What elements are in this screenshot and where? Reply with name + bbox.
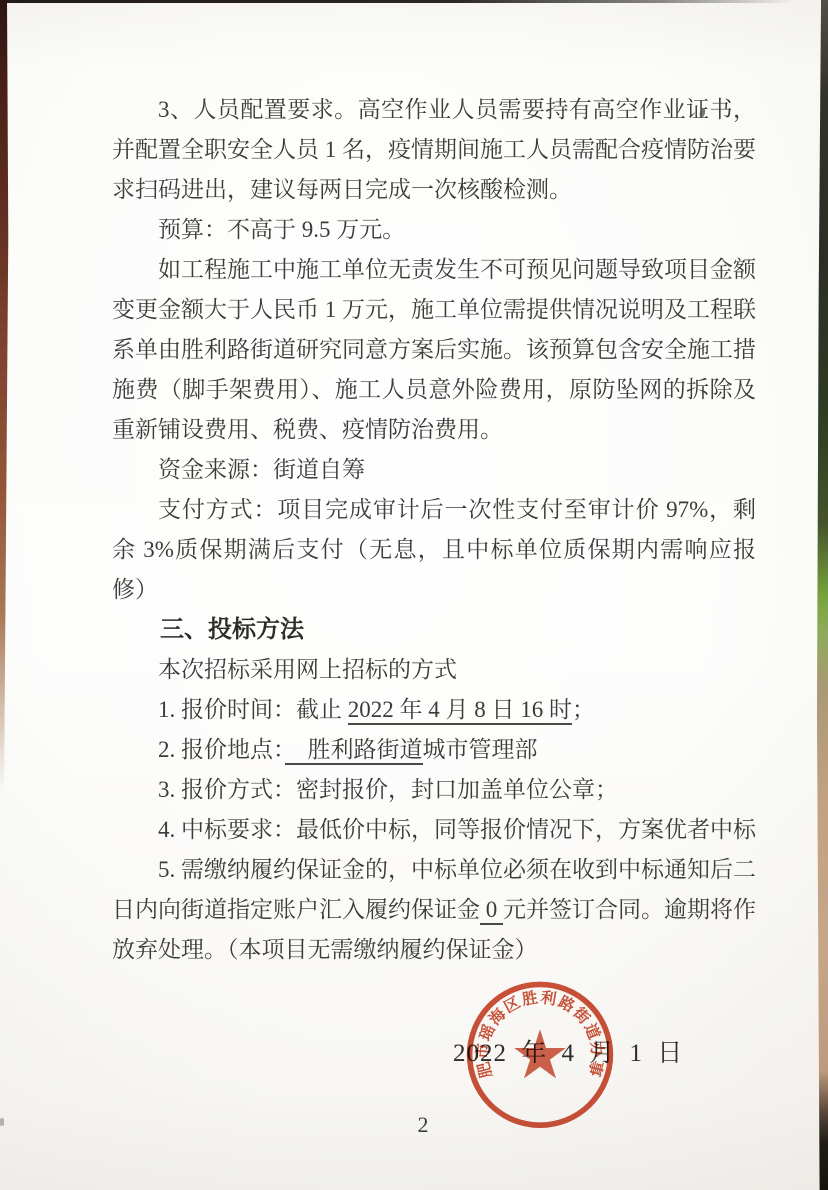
paragraph-unforeseen-issues: 如工程施工中施工单位无责发生不可预见问题导致项目金额变更金额大于人民币 1 万元… xyxy=(112,250,756,450)
paragraph-payment-method: 支付方式：项目完成审计后一次性支付至审计价 97%，剩余 3%质保期满后支付（无… xyxy=(112,490,756,610)
page-number: 2 xyxy=(405,1112,441,1138)
list-item-quote-format: 3. 报价方式：密封报价，封口加盖单位公章； xyxy=(112,770,756,810)
list-item-quote-time: 1. 报价时间：截止 2022 年 4 月 8 日 16 时； xyxy=(112,690,756,730)
scanned-document-photo: 3、人员配置要求。高空作业人员需要持有高空作业证书，并配置全职安全人员 1 名，… xyxy=(0,0,828,1190)
photo-edge-right xyxy=(816,0,828,1190)
photo-edge-left xyxy=(0,0,9,790)
list-item-quote-place: 2. 报价地点： 胜利路街道城市管理部 xyxy=(112,730,756,770)
quote-place-suffix: 城市管理部 xyxy=(423,737,538,762)
performance-bond-underlined-value: 0 xyxy=(480,897,503,925)
quote-place-prefix: 2. 报价地点： xyxy=(158,737,285,762)
paragraph-funding-source: 资金来源：街道自筹 xyxy=(112,450,756,490)
document-body: 3、人员配置要求。高空作业人员需要持有高空作业证书，并配置全职安全人员 1 名，… xyxy=(112,90,756,970)
paragraph-bidding-intro: 本次招标采用网上招标的方式 xyxy=(112,650,756,690)
photo-edge-top xyxy=(0,0,828,3)
quote-place-underlined-value: 胜利路街道 xyxy=(285,737,423,765)
quote-time-suffix: ； xyxy=(572,697,595,722)
paragraph-budget: 预算：不高于 9.5 万元。 xyxy=(112,210,756,250)
paragraph-personnel-requirements: 3、人员配置要求。高空作业人员需要持有高空作业证书，并配置全职安全人员 1 名，… xyxy=(112,90,756,210)
paper-speck-bottom-left xyxy=(0,1118,4,1126)
official-seal-stamp: 合肥市瑶海区胜利路街道办事处 xyxy=(460,974,620,1134)
list-item-performance-bond: 5. 需缴纳履约保证金的，中标单位必须在收到中标通知后二日内向街道指定账户汇入履… xyxy=(112,850,756,970)
list-item-award-requirement: 4. 中标要求：最低价中标，同等报价情况下，方案优者中标 xyxy=(112,810,756,850)
section-heading-bidding-method: 三、投标方法 xyxy=(112,610,756,650)
quote-time-prefix: 1. 报价时间：截止 xyxy=(158,697,348,722)
quote-time-underlined-value: 2022 年 4 月 8 日 16 时 xyxy=(348,697,572,725)
star-icon xyxy=(514,1029,566,1078)
